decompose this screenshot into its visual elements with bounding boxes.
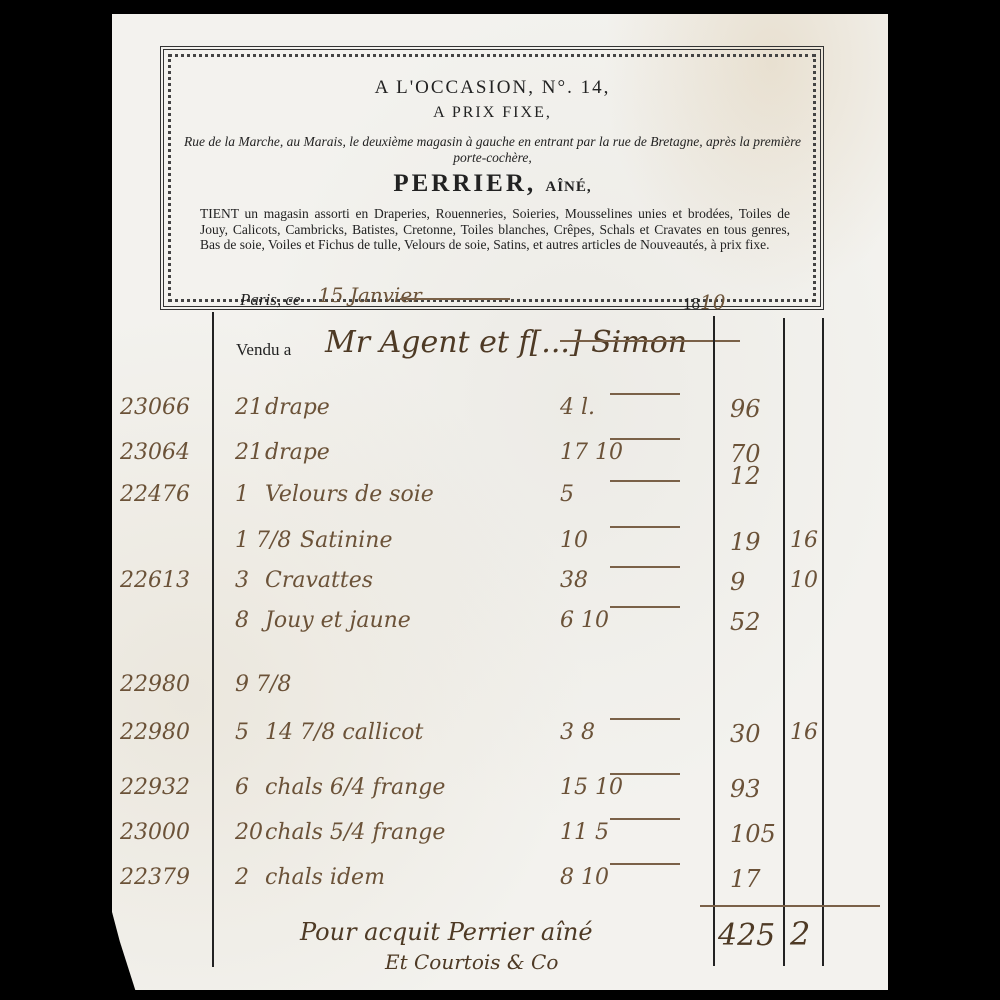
signature-note: Et Courtois & Co [385,950,558,974]
line-item-qty: 8 [235,608,249,633]
receipt-signature: Pour acquit Perrier aîné [300,918,593,946]
line-item-total: 96 [730,395,761,423]
line-item-unit-price: 11 5 [560,820,609,845]
line-item-qty: 6 [235,775,249,800]
handwritten-date: 15 Janvier [318,283,422,307]
line-item-total: 9 [730,568,745,596]
line-item-article: chals 5/4 frange [265,820,445,845]
grand-total-sous: 2 [790,915,810,953]
grand-total: 425 [718,918,775,953]
line-item-article: Velours de soie [265,482,434,507]
line-item-sous: 16 [790,528,818,553]
line-item-article: 14 7/8 callicot [265,720,423,745]
line-item-ref: 22980 [120,720,190,745]
line-item-unit-price: 10 [560,528,588,553]
line-item-sous: 16 [790,720,818,745]
line-item-unit-price: 3 8 [560,720,595,745]
line-item-qty: 2 [235,865,249,890]
line-item-ref: 23064 [120,440,190,465]
merchant-name: PERRIER, AÎNÉ, [175,170,810,198]
merchandise-description: TIENT un magasin assorti en Draperies, R… [200,206,790,253]
sold-to-label: Vendu a [236,340,291,360]
line-item-article: Cravattes [265,568,373,593]
line-item-unit-price: 38 [560,568,588,593]
line-item-ref: 23066 [120,395,190,420]
line-item-qty: 5 [235,720,249,745]
fixed-price-label: A PRIX FIXE, [175,104,810,122]
livres-column-rule [713,316,715,966]
line-item-ref: 23000 [120,820,190,845]
line-item-total: 19 [730,528,761,556]
line-item-unit-price: 6 10 [560,608,609,633]
line-item-ref: 22613 [120,568,190,593]
line-item-unit-price: 4 l. [560,395,595,420]
line-item-qty: 1 [235,482,249,507]
line-item-unit-price: 17 10 [560,440,623,465]
line-item-total: 52 [730,608,761,636]
right-column-rule [822,318,824,966]
line-item-total: 105 [730,820,776,848]
line-item-total: 30 [730,720,761,748]
line-item-total: 12 [730,462,761,490]
line-item-total: 93 [730,775,761,803]
line-item-article: chals idem [265,865,385,890]
dateline-label: Paris, ce [240,290,300,310]
shop-sign: A L'OCCASION, N°. 14, [175,77,810,99]
line-item-ref: 22932 [120,775,190,800]
line-item-article: Jouy et jaune [265,608,411,633]
line-item-article: drape [265,440,330,465]
merchant-suffix: AÎNÉ, [545,179,591,195]
line-item-article: drape [265,395,330,420]
sous-column-rule [783,318,785,966]
line-item-qty: 20 [235,820,263,845]
line-item-ref: 22379 [120,865,190,890]
line-item-ref: 22476 [120,482,190,507]
line-item-unit-price: 5 [560,482,574,507]
line-item-qty: 21 [235,395,263,420]
buyer-name: Mr Agent et f[...] Simon [325,325,687,360]
shop-address: Rue de la Marche, au Marais, le deuxième… [175,134,810,166]
margin-rule [212,312,214,967]
line-item-unit-price: 8 10 [560,865,609,890]
line-item-ref: 22980 [120,672,190,697]
printed-year: 1810 [683,290,725,314]
line-item-qty: 3 [235,568,249,593]
line-item-qty: 9 7/8 [235,672,291,697]
line-item-qty: 1 7/8 [235,528,291,553]
line-item-sous: 10 [790,568,818,593]
line-item-article: Satinine [300,528,392,553]
line-item-total: 17 [730,865,761,893]
line-item-unit-price: 15 10 [560,775,623,800]
line-item-qty: 21 [235,440,263,465]
line-item-article: chals 6/4 frange [265,775,445,800]
